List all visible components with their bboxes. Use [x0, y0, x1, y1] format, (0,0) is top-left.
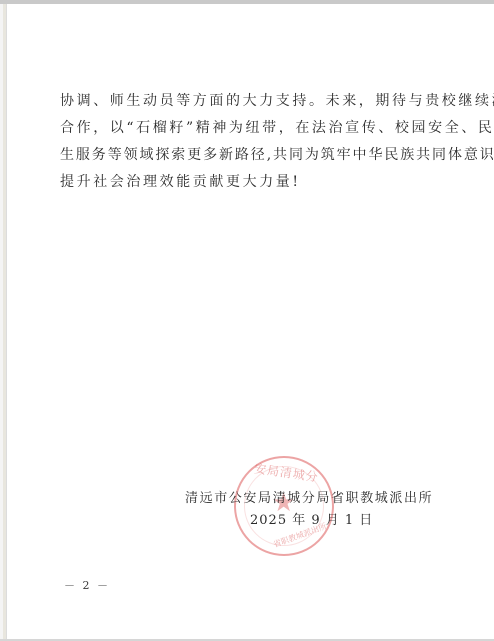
body-paragraph: 协调、师生动员等方面的大力支持。未来，期待与贵校继续深化 合作，以“石榴籽”精神… — [60, 88, 428, 196]
body-line-1: 协调、师生动员等方面的大力支持。未来，期待与贵校继续深化 — [60, 88, 428, 115]
page-number: － 2 － — [64, 577, 110, 593]
issuer-signature: 清远市公安局清城分局省职教城派出所 — [185, 487, 433, 506]
body-line-2: 合作，以“石榴籽”精神为纽带，在法治宣传、校园安全、民族 — [60, 115, 428, 142]
body-line-3: 生服务等领域探索更多新路径,共同为筑牢中华民族共同体意识、 — [60, 142, 428, 169]
body-line-4: 提升社会治理效能贡献更大力量! — [60, 169, 428, 196]
issue-date: 2025 年 9 月 1 日 — [250, 509, 373, 528]
official-seal: 安局清城分 ★ 省职教城派出所 — [234, 456, 334, 556]
